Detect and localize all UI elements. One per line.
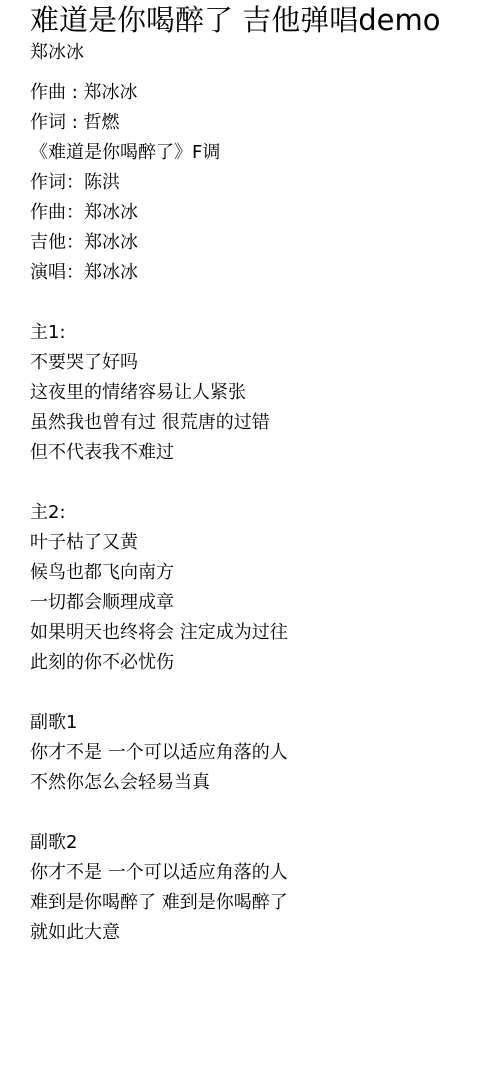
lyrics-body: 作曲 : 郑冰冰 作词 : 哲燃 《难道是你喝醉了》F调 作词：陈洪 作曲：郑冰… bbox=[30, 80, 288, 950]
lyric-line: 但不代表我不难过 bbox=[30, 440, 288, 470]
lyric-line bbox=[30, 470, 288, 500]
lyric-line: 这夜里的情绪容易让人紧张 bbox=[30, 380, 288, 410]
lyric-line: 难到是你喝醉了 难到是你喝醉了 bbox=[30, 890, 288, 920]
lyric-line: 虽然我也曾有过 很荒唐的过错 bbox=[30, 410, 288, 440]
section-label: 副歌1 bbox=[30, 710, 288, 740]
lyric-line: 一切都会顺理成章 bbox=[30, 590, 288, 620]
lyric-line: 作曲 : 郑冰冰 bbox=[30, 80, 288, 110]
lyric-line: 吉他：郑冰冰 bbox=[30, 230, 288, 260]
lyric-line: 不要哭了好吗 bbox=[30, 350, 288, 380]
lyric-line: 如果明天也终将会 注定成为过往 bbox=[30, 620, 288, 650]
lyric-line: 叶子枯了又黄 bbox=[30, 530, 288, 560]
artist-name: 郑冰冰 bbox=[30, 41, 84, 65]
lyric-line: 演唱：郑冰冰 bbox=[30, 260, 288, 290]
lyric-line: 你才不是 一个可以适应角落的人 bbox=[30, 740, 288, 770]
lyric-line: 作词：陈洪 bbox=[30, 170, 288, 200]
lyric-line bbox=[30, 800, 288, 830]
lyric-line bbox=[30, 290, 288, 320]
lyric-line: 就如此大意 bbox=[30, 920, 288, 950]
section-label: 主1: bbox=[30, 320, 288, 350]
lyric-line: 作曲：郑冰冰 bbox=[30, 200, 288, 230]
lyric-line: 《难道是你喝醉了》F调 bbox=[30, 140, 288, 170]
lyric-line bbox=[30, 680, 288, 710]
lyric-line: 候鸟也都飞向南方 bbox=[30, 560, 288, 590]
lyric-line: 作词 : 哲燃 bbox=[30, 110, 288, 140]
song-title: 难道是你喝醉了 吉他弹唱demo bbox=[30, 2, 440, 38]
section-label: 副歌2 bbox=[30, 830, 288, 860]
lyric-line: 你才不是 一个可以适应角落的人 bbox=[30, 860, 288, 890]
section-label: 主2: bbox=[30, 500, 288, 530]
lyric-line: 不然你怎么会轻易当真 bbox=[30, 770, 288, 800]
lyric-line: 此刻的你不必忧伤 bbox=[30, 650, 288, 680]
